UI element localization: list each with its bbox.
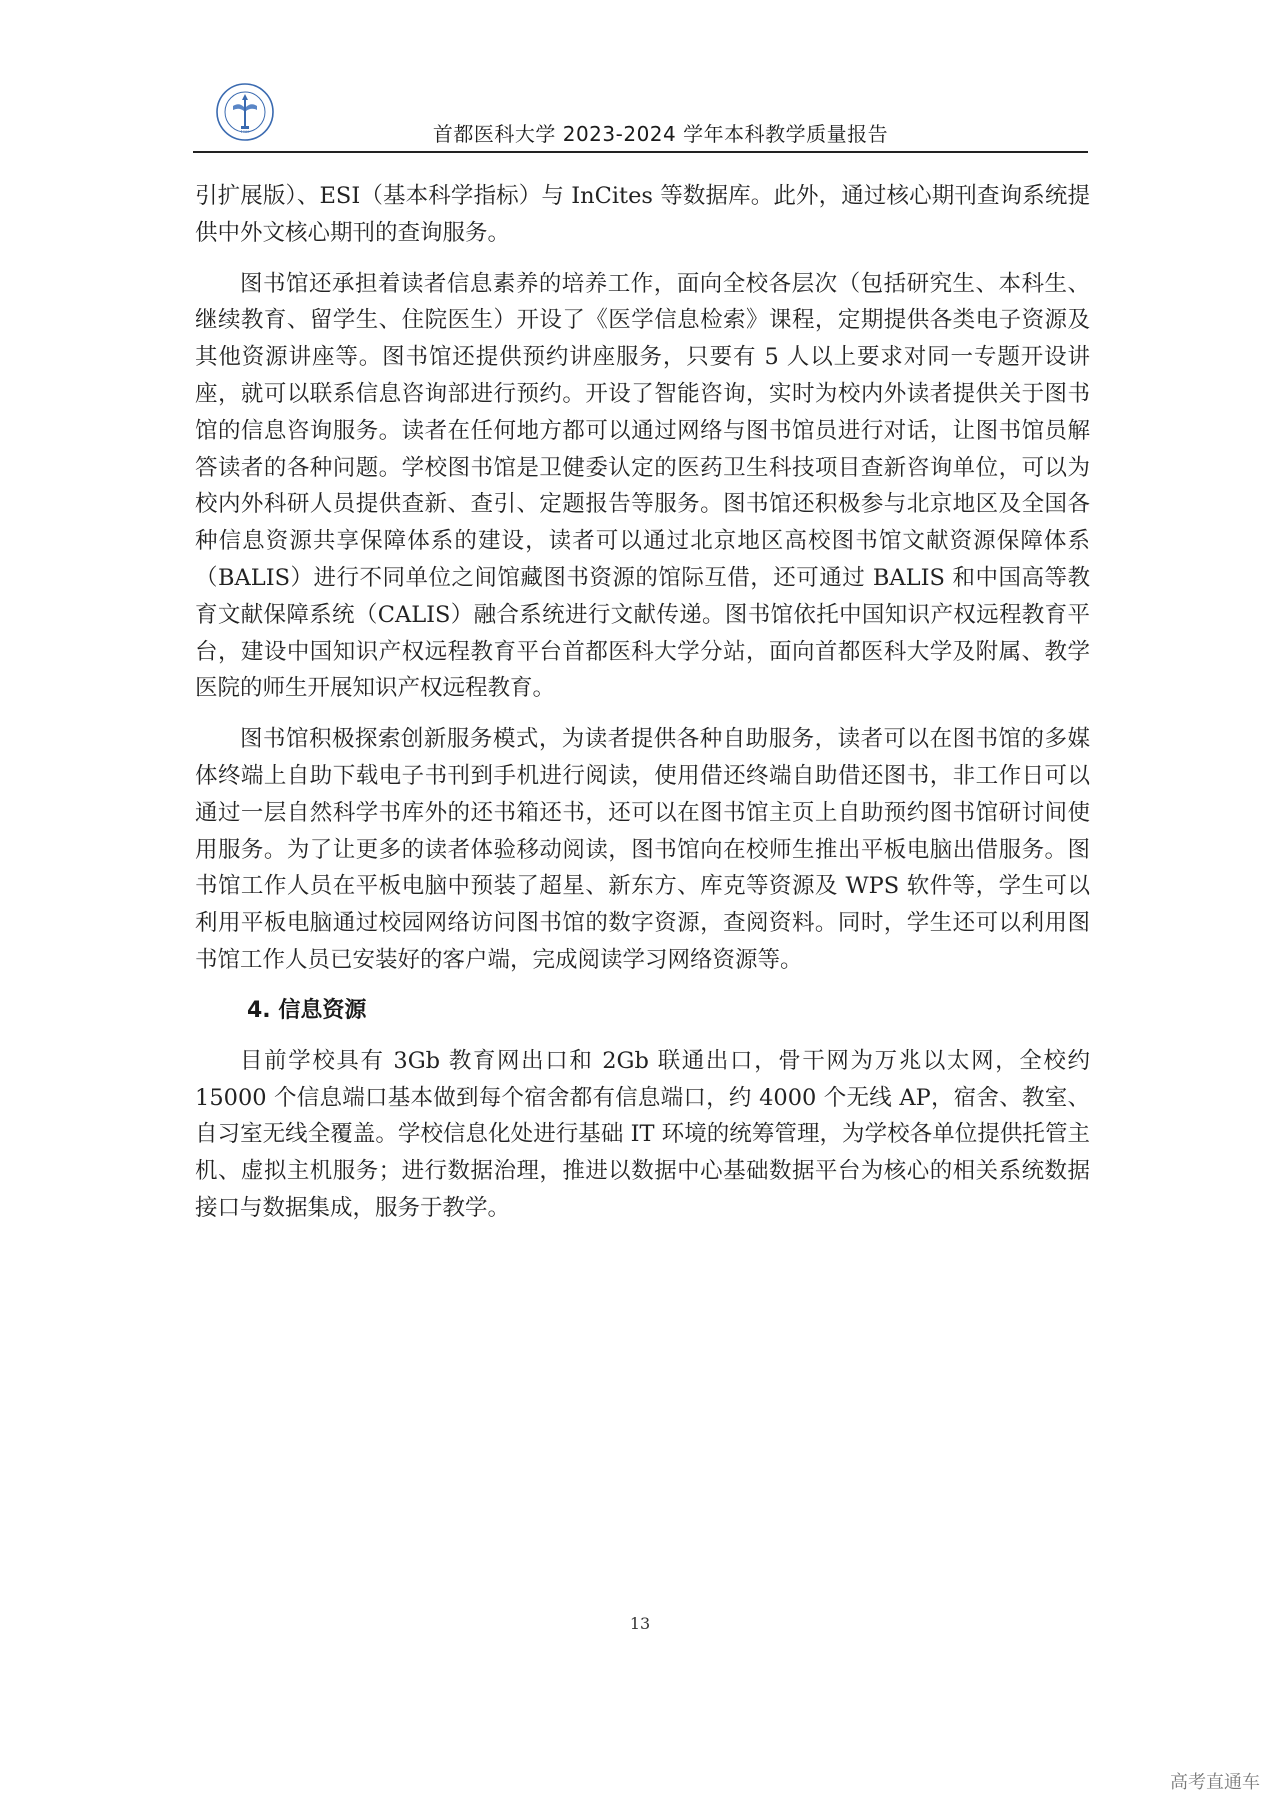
report-title: 首都医科大学 2023-2024 学年本科教学质量报告 — [193, 118, 1088, 147]
page-header: 1960 首都医科大学 2023-2024 学年本科教学质量报告 — [193, 72, 1088, 154]
document-body: 引扩展版）、ESI（基本科学指标）与 InCites 等数据库。此外，通过核心期… — [195, 178, 1090, 1227]
paragraph-continued: 引扩展版）、ESI（基本科学指标）与 InCites 等数据库。此外，通过核心期… — [195, 178, 1090, 252]
section-heading: 4. 信息资源 — [195, 993, 1090, 1029]
paragraph-library-literacy: 图书馆还承担着读者信息素养的培养工作，面向全校各层次（包括研究生、本科生、继续教… — [195, 266, 1090, 708]
paragraph-information-resources: 目前学校具有 3Gb 教育网出口和 2Gb 联通出口，骨干网为万兆以太网，全校约… — [195, 1043, 1090, 1227]
paragraph-self-service: 图书馆积极探索创新服务模式，为读者提供各种自助服务，读者可以在图书馆的多媒体终端… — [195, 721, 1090, 979]
page-number: 13 — [0, 1614, 1280, 1633]
header-divider — [193, 151, 1088, 153]
watermark: 高考直通车 — [1170, 1768, 1260, 1794]
